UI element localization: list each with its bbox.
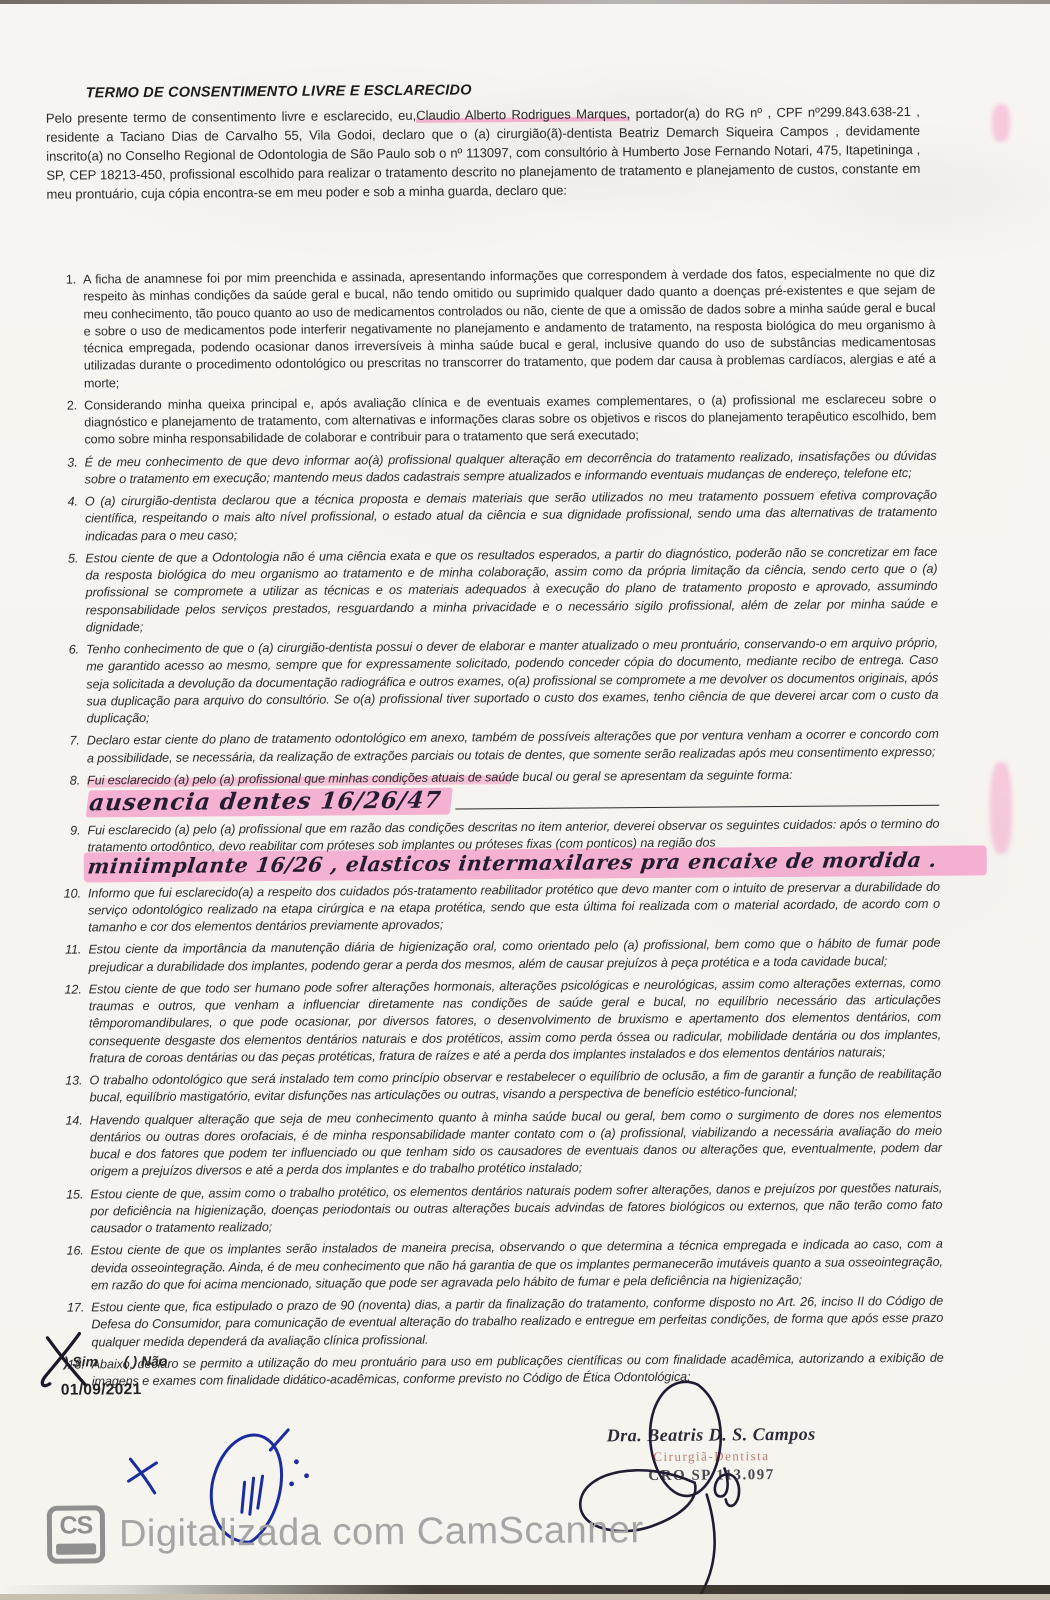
intro-paragraph: Pelo presente termo de consentimento liv… <box>46 103 921 204</box>
blank-fill-line <box>455 805 939 810</box>
document-title: TERMO DE CONSENTIMENTO LIVRE E ESCLARECI… <box>86 82 472 101</box>
document-page: TERMO DE CONSENTIMENTO LIVRE E ESCLARECI… <box>0 0 1050 1600</box>
clause-8: 8. Fui esclarecido (a) pelo (a) profissi… <box>57 766 939 818</box>
clause-4: 4.O (a) cirurgião-dentista declarou que … <box>55 487 937 546</box>
clause-6: 6.Tenho conhecimento de que o (a) cirurg… <box>56 635 939 728</box>
clause-15: 15.Estou ciente de que, assim como o tra… <box>60 1179 942 1238</box>
scan-bottom-band <box>0 1594 1050 1600</box>
dentist-stamp: Dra. Beatris D. S. Campos Cirurgiã-Denti… <box>546 1365 878 1600</box>
highlighter-smudge <box>990 762 1012 854</box>
clause-1: 1.A ficha de anamnese foi por mim preenc… <box>53 265 936 393</box>
clause-list: 1.A ficha de anamnese foi por mim preenc… <box>53 265 944 1396</box>
nao-option: ( ) Não <box>124 1353 168 1369</box>
patient-name-highlighted: Claudio Alberto Rodrigues Marques, <box>416 106 630 123</box>
watermark-text: Digitalizada com CamScanner <box>119 1509 644 1556</box>
clause-14: 14.Havendo qualquer alteração que seja d… <box>60 1105 943 1181</box>
handwriting-care-instructions: miniimplante 16/26 , elasticos intermaxi… <box>83 852 938 876</box>
clause-9: 9. Fui esclarecido (a) pelo (a) profissi… <box>57 816 939 880</box>
intro-pre: Pelo presente termo de consentimento liv… <box>46 108 416 126</box>
clause-7: 7.Declaro estar ciente do plano de trata… <box>57 726 939 767</box>
camscanner-logo-icon: CS <box>47 1505 105 1563</box>
clause-3: 3.É de meu conhecimento de que devo info… <box>55 447 937 488</box>
scan-bottom-edge <box>0 1585 1050 1594</box>
clause-16: 16.Estou ciente de que os implantes serã… <box>61 1236 943 1295</box>
clause-10: 10.Informo que fui esclarecido(a) a resp… <box>58 878 940 937</box>
dentist-signature <box>546 1365 878 1600</box>
clause-2: 2.Considerando minha queixa principal e,… <box>54 391 936 450</box>
clause-11: 11.Estou ciente da importância da manute… <box>58 935 940 976</box>
clause-12: 12.Estou ciente de que todo ser humano p… <box>59 974 942 1067</box>
highlighter-smudge <box>992 104 1010 142</box>
camscanner-watermark: CS Digitalizada com CamScanner <box>47 1501 644 1564</box>
document-date: 01/09/2021 <box>61 1381 142 1400</box>
handwriting-dental-conditions: ausencia dentes 16/26/47 <box>86 788 453 818</box>
handwritten-entry-item9: miniimplante 16/26 , elasticos intermaxi… <box>84 845 987 882</box>
clause-13: 13.O trabalho odontológico que será inst… <box>59 1066 941 1107</box>
clause-17: 17.Estou ciente que, fica estipulado o p… <box>61 1293 943 1352</box>
clause-5: 5.Estou ciente de que a Odontologia não … <box>55 544 938 637</box>
